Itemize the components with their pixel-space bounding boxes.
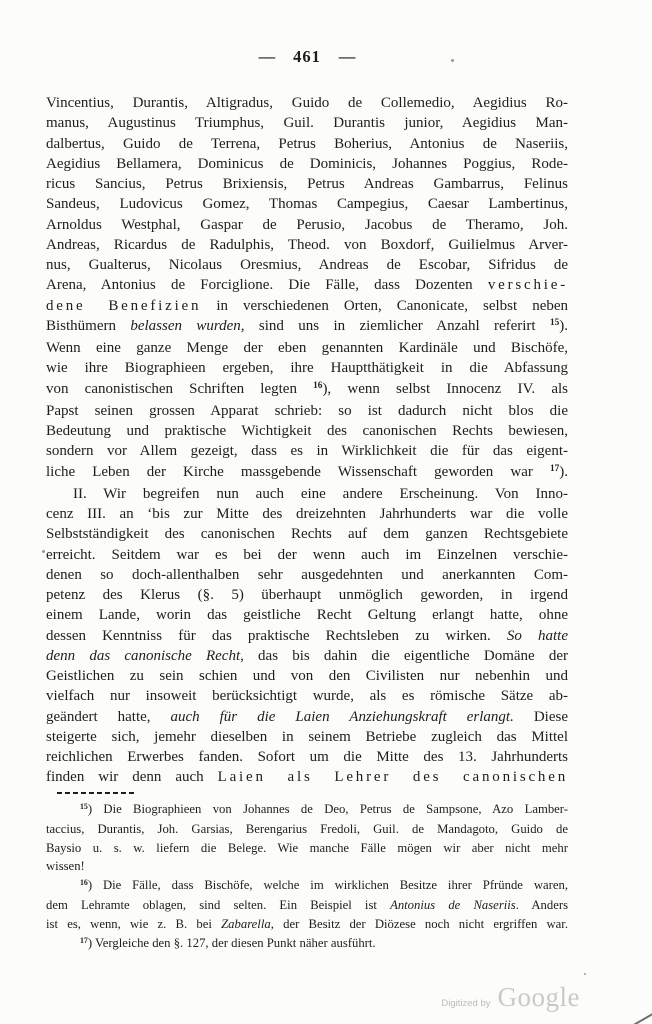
pagenum-dash-right: — <box>339 47 356 67</box>
text-line: dessen Kenntniss für das praktische Rech… <box>46 626 568 646</box>
page-number: 461 <box>293 47 321 67</box>
text-line: geändert hatte, auch für die Laien Anzie… <box>46 707 568 727</box>
text-line: erreicht. Seitdem war es bei der wenn au… <box>46 545 568 565</box>
text-line: cenz III. an ‘bis zur Mitte des dreizehn… <box>46 504 568 524</box>
pagenum-dash-left: — <box>259 47 276 67</box>
text-line: Bedeutung und praktische Wichtigkeit des… <box>46 421 568 441</box>
text-line: II. Wir begreifen nun auch eine andere E… <box>46 484 568 504</box>
scan-artifact-corner-line <box>632 1012 652 1024</box>
text-line: Baysio u. s. w. liefern die Belege. Wie … <box>46 839 568 858</box>
text-line: ist es, wenn, wie z. B. bei Zabarella, d… <box>46 915 568 934</box>
text-line: Vincentius, Durantis, Altigradus, Guido … <box>46 93 568 113</box>
text-line: denn das canonische Recht, das bis dahin… <box>46 646 568 666</box>
text-line: steigerte sich, jemehr dieselben in sein… <box>46 727 568 747</box>
body-text: Vincentius, Durantis, Altigradus, Guido … <box>46 93 568 788</box>
text-line: 15) Die Biographieen von Johannes de Deo… <box>46 800 568 821</box>
text-line: sondern vor Allem gezeigt, dass es in Wi… <box>46 441 568 461</box>
text-line: 16) Die Fälle, dass Bischöfe, welche im … <box>46 876 568 897</box>
text-line: dem Lehramte oblagen, sind selten. Ein B… <box>46 896 568 915</box>
text-line: taccius, Durantis, Joh. Garsias, Berenga… <box>46 820 568 839</box>
text-line: finden wir denn auch Laien als Lehrer de… <box>46 767 568 787</box>
footnote-separator <box>57 792 137 794</box>
text-line: von canonistischen Schriften legten 16),… <box>46 379 568 401</box>
text-line: vielfach nur insoweit berücksichtigt wur… <box>46 686 568 706</box>
text-line: wie ihre Biographieen ergeben, ihre Haup… <box>46 358 568 378</box>
text-line: liche Leben der Kirche massgebende Wisse… <box>46 462 568 484</box>
text-line: nus, Gualterus, Nicolaus Oresmius, Andre… <box>46 255 568 275</box>
text-line: Selbstständigkeit des canonischen Rechts… <box>46 524 568 544</box>
text-line: reichlichen Erwerbes fanden. Sofort um d… <box>46 747 568 767</box>
text-line: manus, Augustinus Triumphus, Guil. Duran… <box>46 113 568 133</box>
text-line: denen so doch-allenthalben sehr ausgedeh… <box>46 565 568 585</box>
text-line: wissen! <box>46 857 568 876</box>
book-page: — 461 — Vincentius, Durantis, Altigradus… <box>0 0 652 1024</box>
text-line: Sandeus, Ludovicus Gomez, Thomas Campegi… <box>46 194 568 214</box>
text-line: Wenn eine ganze Menge der eben genannten… <box>46 338 568 358</box>
text-line: dalbertus, Guido de Terrena, Petrus Bohe… <box>46 134 568 154</box>
text-line: dene Benefizien in verschiedenen Orten, … <box>46 296 568 316</box>
text-line: einem Lande, worin das geistliche Recht … <box>46 605 568 625</box>
text-line: Papst seinen grossen Apparat schrieb: so… <box>46 401 568 421</box>
scan-speck <box>451 59 454 62</box>
text-line: Arena, Antonius de Forciglione. Die Fäll… <box>46 275 568 295</box>
page-header: — 461 — <box>46 0 568 67</box>
scan-speck <box>584 973 586 975</box>
google-logo-text: Google <box>498 982 580 1013</box>
watermark: Digitized by Google <box>441 982 580 1013</box>
text-line: ricus Sancius, Petrus Brixiensis, Petrus… <box>46 174 568 194</box>
watermark-prefix: Digitized by <box>441 998 490 1009</box>
text-line: Aegidius Bellamera, Dominicus de Dominic… <box>46 154 568 174</box>
scan-speck <box>42 550 45 553</box>
text-line: 17) Vergleiche den §. 127, der diesen Pu… <box>46 934 568 955</box>
text-line: Andreas, Ricardus de Radulphis, Theod. v… <box>46 235 568 255</box>
footnotes: 15) Die Biographieen von Johannes de Deo… <box>46 800 568 955</box>
text-line: petenz des Klerus (§. 5) überhaupt unmög… <box>46 585 568 605</box>
text-line: Bisthümern belassen wurden, sind uns in … <box>46 316 568 338</box>
text-line: Arnoldus Westphal, Gaspar de Perusio, Ja… <box>46 215 568 235</box>
text-line: Geistlichen zu sein schien und von den C… <box>46 666 568 686</box>
